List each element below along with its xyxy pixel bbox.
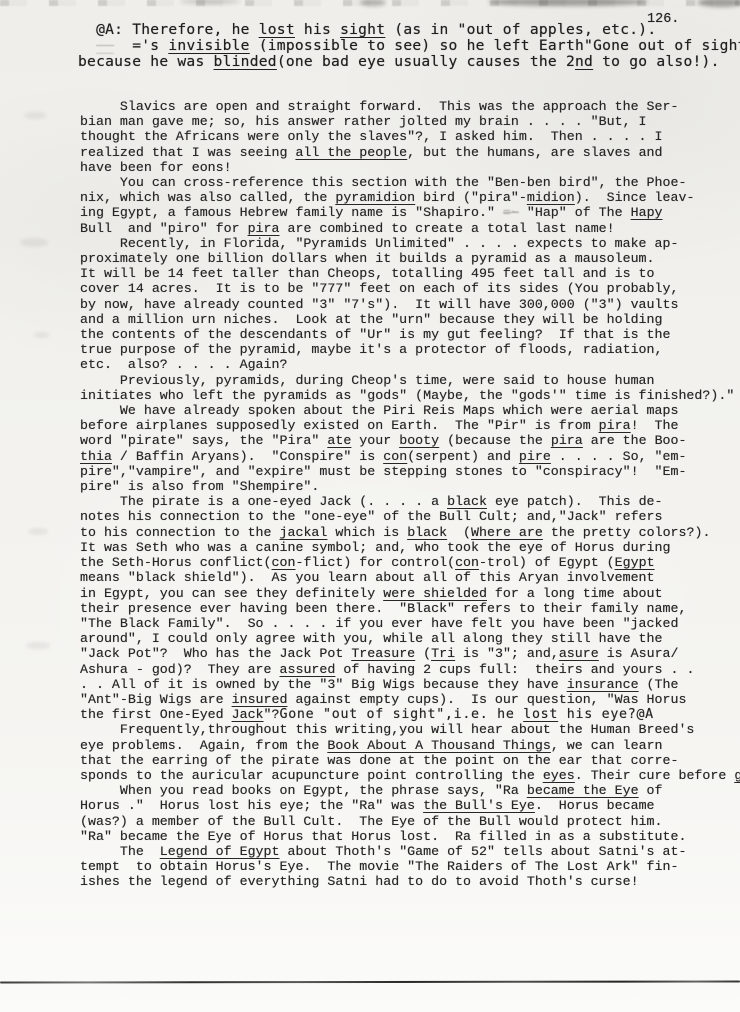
text-segment: ). Since leav- (575, 190, 695, 205)
text-segment: "The Black Family". So . . . . if you ev… (80, 616, 678, 631)
text-segment (78, 37, 96, 54)
underlined-text: pira (248, 221, 280, 236)
text-line: nix, which was also called, the pyramidi… (80, 190, 740, 205)
text-line: "Ra" became the Eye of Horus that Horus … (80, 829, 740, 844)
underlined-text: Hapy (631, 205, 663, 220)
underlined-text: insurance (567, 677, 639, 692)
text-line: the contents of the descendants of "Ur" … (80, 327, 740, 342)
text-segment: It will be 14 feet taller than Cheops, t… (80, 266, 655, 281)
text-segment: (as in "out of apples, etc.). (385, 21, 656, 38)
paragraph: You can cross-reference this section wit… (80, 175, 740, 236)
text-line: and a million urn niches. Look at the "u… (80, 312, 740, 327)
text-segment: (was?) a member of the Bull Cult. The Ey… (80, 814, 663, 829)
text-segment: to go also!). (593, 53, 720, 70)
text-line: pire" is also from "Shempire". (80, 479, 740, 494)
text-segment: word "pirate" says, the "Pira" (80, 433, 327, 448)
text-segment: to his connection to the (80, 525, 280, 540)
underlined-text: lost (523, 707, 558, 722)
text-segment: Slavics are open and straight forward. T… (80, 99, 678, 114)
text-segment: true purpose of the pyramid, maybe it's … (80, 342, 663, 357)
text-segment: ! The (631, 418, 679, 433)
text-segment: You can cross-reference this section wit… (80, 175, 686, 190)
text-segment: the Seth-Horus conflict( (80, 555, 272, 570)
text-line: "Ant"-Big Wigs are insured against empty… (80, 692, 740, 707)
text-segment: proximately one billion dollars when it … (80, 251, 655, 266)
smudged-text: __ (96, 37, 114, 54)
text-line: ing Egypt, a famous Hebrew family name i… (80, 205, 740, 220)
text-segment: When you read books on Egypt, the phrase… (80, 783, 527, 798)
text-line: proximately one billion dollars when it … (80, 251, 740, 266)
text-line: the Seth-Horus conflict(con-flict) for c… (80, 555, 740, 570)
text-segment: (impossible to see) so he left Earth"Gon… (250, 37, 740, 54)
text-segment: (because the (439, 433, 551, 448)
underlined-text: invisible (168, 37, 249, 54)
text-line: realized that I was seeing all the peopl… (80, 145, 740, 160)
text-segment: cover 14 acres. It is to be "777" feet o… (80, 281, 678, 296)
text-line: @A: Therefore, he lost his sight (as in … (78, 22, 740, 38)
text-line: their presence ever having been there. "… (80, 601, 740, 616)
underlined-text: pire (519, 449, 551, 464)
text-segment: the first One-Eyed (80, 707, 232, 722)
underlined-text: asure (559, 646, 599, 661)
text-segment: thought the Africans were only the slave… (80, 129, 663, 144)
underlined-text: eyes (543, 768, 575, 783)
text-line: notes his connection to the "one-eye" of… (80, 509, 740, 524)
underlined-text: Tri (431, 646, 455, 661)
text-segment: Recently, in Florida, "Pyramids Unlimite… (80, 236, 678, 251)
underlined-text: lost (259, 21, 295, 38)
text-segment: eye patch). This de- (487, 494, 663, 509)
underlined-text: pira (551, 433, 583, 448)
text-segment: pire","vampire", and "expire" must be st… (80, 464, 686, 479)
scan-smudge (24, 112, 46, 119)
underlined-text: con (272, 555, 296, 570)
text-line: The Legend of Egypt about Thoth's "Game … (80, 844, 740, 859)
text-segment: bird ("pira"- (415, 190, 527, 205)
text-segment: ishes the legend of everything Satni had… (80, 874, 639, 889)
text-segment: Ashura - god)? They are (80, 662, 280, 677)
text-segment: are combined to create a total last name… (280, 221, 615, 236)
text-segment: and a million urn niches. Look at the "u… (80, 312, 663, 327)
text-segment: "Ant"-Big Wigs are (80, 692, 232, 707)
text-line: Bull and "piro" for pira are combined to… (80, 221, 740, 236)
text-segment: ( (447, 525, 471, 540)
underlined-text: were shielded (383, 586, 487, 601)
text-segment: against empty cups). Is our question, "W… (287, 692, 686, 707)
text-line: It will be 14 feet taller than Cheops, t… (80, 266, 740, 281)
document-body: Slavics are open and straight forward. T… (80, 99, 740, 890)
paragraph: We have already spoken about the Piri Re… (80, 403, 740, 494)
paragraph: The pirate is a one-eyed Jack (. . . . a… (80, 494, 740, 722)
underlined-text: glasses (734, 768, 740, 783)
text-segment: Bull and "piro" for (80, 221, 248, 236)
text-segment: ='s (114, 37, 168, 54)
underlined-text: Jack (232, 707, 264, 722)
text-segment: (The (639, 677, 679, 692)
underlined-text: Legend of Egypt (160, 844, 280, 859)
text-segment: have been for eons! (80, 160, 232, 175)
text-line: The pirate is a one-eyed Jack (. . . . a… (80, 494, 740, 509)
underlined-text: the Bull's Eye (423, 798, 535, 813)
text-segment: pire" is also from "Shempire". (80, 479, 319, 494)
text-segment: of (639, 783, 663, 798)
text-segment: by now, have already counted "3" "7's").… (80, 297, 678, 312)
text-segment: before airplanes supposedly existed on E… (80, 418, 599, 433)
text-segment: (serpent) and (407, 449, 519, 464)
underlined-text: black (407, 525, 447, 540)
text-line: thia / Baffin Aryans). "Conspire" is con… (80, 449, 740, 464)
scan-smudge (20, 238, 48, 247)
underlined-text: con (455, 555, 479, 570)
underlined-text: midion (527, 190, 575, 205)
text-segment: -flict) for control( (295, 555, 455, 570)
text-segment: . . . . So, "em- (551, 449, 687, 464)
text-line: Frequently,throughout this writing,you w… (80, 722, 740, 737)
text-line: the first One-Eyed Jack"?Gone "out of si… (80, 707, 740, 722)
underlined-text: pira (599, 418, 631, 433)
text-segment: . Horus became (535, 798, 655, 813)
underlined-text: Where are (471, 525, 543, 540)
text-line: have been for eons! (80, 160, 740, 175)
text-line: . . All of it is owned by the "3" Big Wi… (80, 677, 740, 692)
scan-artifact-bottom-line (0, 980, 740, 983)
text-line: word "pirate" says, the "Pira" ate your … (80, 433, 740, 448)
text-segment: "Ra" became the Eye of Horus that Horus … (80, 829, 686, 844)
scan-smudge (26, 642, 50, 649)
text-segment: Frequently,throughout this writing,you w… (80, 722, 694, 737)
text-line: etc. also? . . . . Again? (80, 357, 740, 372)
text-segment: The (80, 844, 160, 859)
text-segment: about Thoth's "Game of 52" tells about S… (280, 844, 687, 859)
text-segment: "Hap" of The (519, 205, 631, 220)
text-segment: , but the humans, are slaves and (407, 145, 662, 160)
scan-smudge (34, 332, 49, 338)
text-line: before airplanes supposedly existed on E… (80, 418, 740, 433)
text-segment: Horus ." Horus lost his eye; the "Ra" wa… (80, 798, 423, 813)
text-line: "Jack Pot"? Who has the Jack Pot Treasur… (80, 646, 740, 661)
underlined-text: Book About A Thousand Things (327, 738, 550, 753)
underlined-text: Egypt (615, 555, 655, 570)
text-segment: for a long time about (487, 586, 663, 601)
text-line: You can cross-reference this section wit… (80, 175, 740, 190)
paragraph: The Legend of Egypt about Thoth's "Game … (80, 844, 740, 890)
scan-smudge (28, 528, 48, 535)
paragraph: Recently, in Florida, "Pyramids Unlimite… (80, 236, 740, 373)
text-line: Recently, in Florida, "Pyramids Unlimite… (80, 236, 740, 251)
text-segment: their presence ever having been there. "… (80, 601, 686, 616)
text-segment: ing Egypt, a famous Hebrew family name i… (80, 205, 503, 220)
scanned-document-page: 126. @A: Therefore, he lost his sight (a… (0, 0, 740, 1012)
text-segment: is "3"; and, (455, 646, 559, 661)
underlined-text: sight (340, 21, 385, 38)
text-segment: Previously, pyramids, during Cheop's tim… (80, 373, 655, 388)
text-segment: etc. also? . . . . Again? (80, 357, 287, 372)
underlined-text: jackal (280, 525, 328, 540)
underlined-text: all the people (295, 145, 407, 160)
text-segment: initiates who left the pyramids as "gods… (80, 388, 734, 403)
text-line: Horus ." Horus lost his eye; the "Ra" wa… (80, 798, 740, 813)
text-line: true purpose of the pyramid, maybe it's … (80, 342, 740, 357)
text-segment: realized that I was seeing (80, 145, 295, 160)
text-segment: eye problems. Again, from the (80, 738, 327, 753)
text-segment: The pirate is a one-eyed Jack (. . . . a (80, 494, 447, 509)
text-line: Previously, pyramids, during Cheop's tim… (80, 373, 740, 388)
text-segment: It was Seth who was a canine symbol; and… (80, 540, 670, 555)
text-line: by now, have already counted "3" "7's").… (80, 297, 740, 312)
text-segment: nix, which was also called, the (80, 190, 335, 205)
text-line: pire","vampire", and "expire" must be st… (80, 464, 740, 479)
text-line: tempt to obtain Horus's Eye. The movie "… (80, 859, 740, 874)
text-line: (was?) a member of the Bull Cult. The Ey… (80, 814, 740, 829)
underlined-text: thia (80, 449, 112, 464)
text-line: because he was blinded(one bad eye usual… (78, 54, 740, 70)
paragraph: Slavics are open and straight forward. T… (80, 99, 740, 175)
text-line: When you read books on Egypt, the phrase… (80, 783, 740, 798)
text-line: ishes the legend of everything Satni had… (80, 874, 740, 889)
text-line: around", I could only agree with you, wh… (80, 631, 740, 646)
text-segment: is Asura/ (599, 646, 679, 661)
text-segment: in Egypt, you can see they definitely (80, 586, 383, 601)
underlined-text: assured (280, 662, 336, 677)
text-segment: "Jack Pot"? Who has the Jack Pot (80, 646, 351, 661)
underlined-text: booty (399, 433, 439, 448)
text-line: sponds to the auricular acupuncture poin… (80, 768, 740, 783)
text-line: thought the Africans were only the slave… (80, 129, 740, 144)
text-segment: around", I could only agree with you, wh… (80, 631, 663, 646)
text-segment: that the earring of the pirate was done … (80, 753, 678, 768)
text-segment: means "black shield"). As you learn abou… (80, 570, 655, 585)
text-segment: his (295, 21, 340, 38)
text-segment: of having 2 cups full: theirs and yours … (335, 662, 694, 677)
text-line: __ ='s invisible (impossible to see) so … (78, 38, 740, 54)
text-line: We have already spoken about the Piri Re… (80, 403, 740, 418)
text-segment: / Baffin Aryans). "Conspire" is (112, 449, 383, 464)
underlined-text: pyramidion (335, 190, 415, 205)
underlined-text: became the Eye (527, 783, 639, 798)
text-segment: sponds to the auricular acupuncture poin… (80, 768, 543, 783)
text-line: Ashura - god)? They are assured of havin… (80, 662, 740, 677)
handwritten-annotation-block: @A: Therefore, he lost his sight (as in … (78, 22, 740, 71)
paragraph: Frequently,throughout this writing,you w… (80, 722, 740, 783)
text-segment: bian man gave me; so, his answer rather … (80, 114, 647, 129)
text-line: that the earring of the pirate was done … (80, 753, 740, 768)
text-segment: your (351, 433, 399, 448)
underlined-text: insured (232, 692, 288, 707)
paragraph: When you read books on Egypt, the phrase… (80, 783, 740, 844)
text-segment: because he was (78, 53, 214, 70)
text-line: cover 14 acres. It is to be "777" feet o… (80, 281, 740, 296)
paragraph: Previously, pyramids, during Cheop's tim… (80, 373, 740, 403)
text-line: It was Seth who was a canine symbol; and… (80, 540, 740, 555)
text-line: initiates who left the pyramids as "gods… (80, 388, 740, 403)
text-segment: , we can learn (551, 738, 663, 753)
underlined-text: Treasure (351, 646, 415, 661)
text-line: to his connection to the jackal which is… (80, 525, 740, 540)
text-line: eye problems. Again, from the Book About… (80, 738, 740, 753)
underlined-text: black (447, 494, 487, 509)
text-segment: the pretty colors?). (543, 525, 711, 540)
text-segment: (one bad eye usually causes the 2 (277, 53, 575, 70)
text-segment: notes his connection to the "one-eye" of… (80, 509, 663, 524)
text-segment: are the Boo- (583, 433, 687, 448)
text-segment: his eye?@A (558, 707, 654, 722)
text-segment: ( (415, 646, 431, 661)
underlined-text: nd (575, 53, 593, 70)
text-line: means "black shield"). As you learn abou… (80, 570, 740, 585)
smudged-text: =~ (503, 205, 519, 220)
text-segment: . . All of it is owned by the "3" Big Wi… (80, 677, 567, 692)
text-segment: @A: Therefore, he (78, 21, 259, 38)
text-line: in Egypt, you can see they definitely we… (80, 586, 740, 601)
text-segment: tempt to obtain Horus's Eye. The movie "… (80, 859, 678, 874)
text-segment: We have already spoken about the Piri Re… (80, 403, 678, 418)
text-segment: which is (327, 525, 407, 540)
underlined-text: con (383, 449, 407, 464)
text-line: "The Black Family". So . . . . if you ev… (80, 616, 740, 631)
text-segment: -trol) of Egypt ( (479, 555, 615, 570)
text-line: bian man gave me; so, his answer rather … (80, 114, 740, 129)
text-segment: the contents of the descendants of "Ur" … (80, 327, 670, 342)
text-line: Slavics are open and straight forward. T… (80, 99, 740, 114)
text-segment: . Their cure before (575, 768, 735, 783)
text-segment: "? (264, 707, 280, 722)
underlined-text: ate (327, 433, 351, 448)
underlined-text: blinded (214, 53, 277, 70)
text-segment: Gone "out of sight",i.e. he (280, 707, 524, 722)
